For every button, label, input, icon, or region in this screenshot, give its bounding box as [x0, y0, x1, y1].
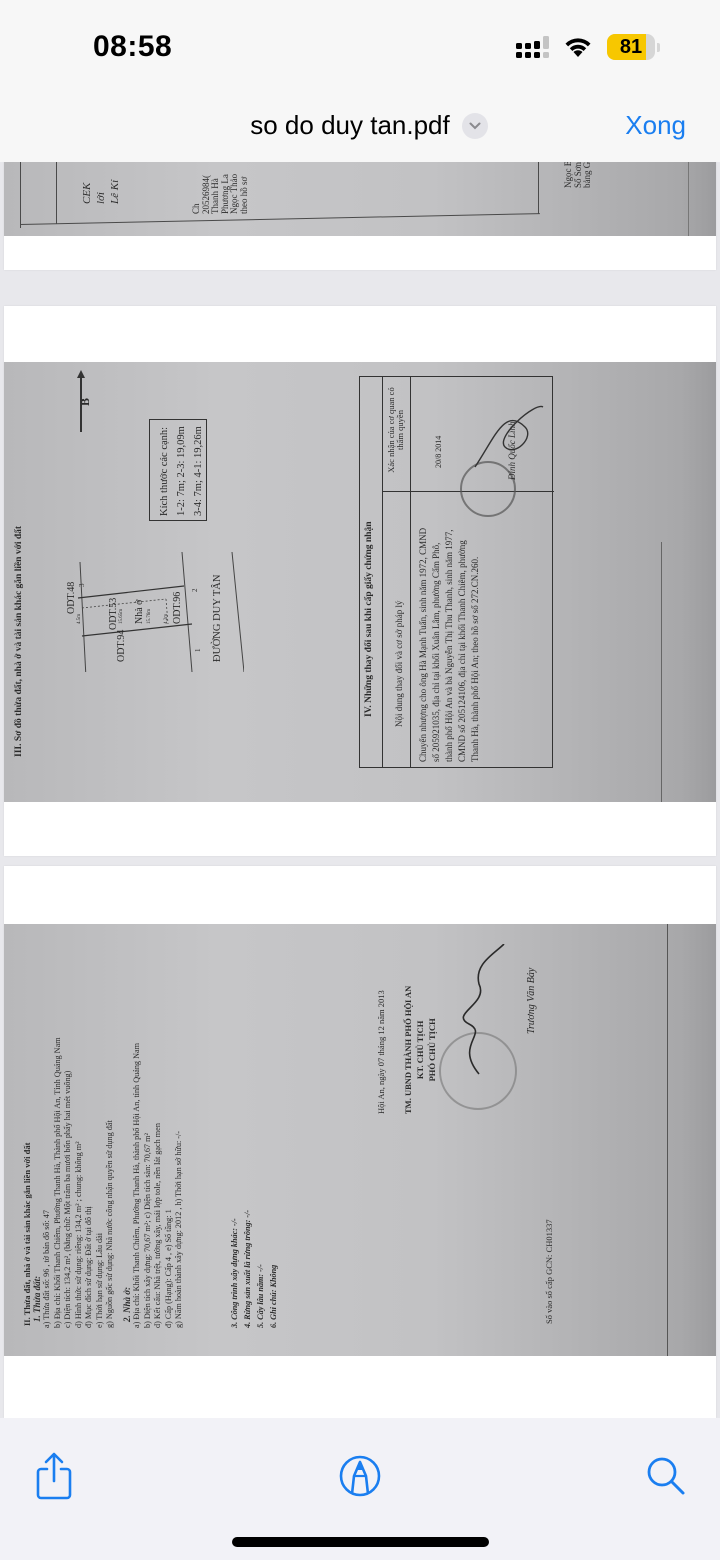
edges-dimensions-text: Kích thước các cạnh: 1-2: 7m; 2-3: 19,09…	[156, 426, 207, 516]
land-details: a) Thửa đất số: 96 , tờ bản đồ số: 47 b)…	[42, 1037, 116, 1328]
page1-text: lới	[94, 180, 108, 204]
scanned-image: III. Sơ đồ thửa đất, nhà ở và tài sản kh…	[4, 362, 716, 802]
section-iii-title: III. Sơ đồ thửa đất, nhà ở và tài sản kh…	[14, 526, 24, 757]
document-title[interactable]: so do duy tan.pdf	[250, 110, 449, 141]
signature	[465, 397, 545, 477]
dimension-label: 15.65m	[119, 609, 124, 624]
share-icon	[34, 1451, 74, 1501]
scanned-image: CEK lới Lê Kí Ch 20526984( Thanh Hà Phươ…	[4, 162, 716, 236]
house-label: Nhà ở	[134, 600, 145, 624]
pdf-document-scroll[interactable]: CEK lới Lê Kí Ch 20526984( Thanh Hà Phươ…	[0, 162, 720, 1418]
dimension-label: 15.76m	[147, 609, 152, 624]
issue-date: Hội An, ngày 07 tháng 12 năm 2013	[376, 990, 386, 1114]
status-icons: 81	[516, 34, 660, 60]
pdf-viewer-screen: 08:58 81 so do d	[0, 0, 720, 1560]
corner-label: 2	[191, 589, 199, 593]
section-ii-title: II. Thửa đất, nhà ở và tài sản khác gắn …	[22, 1143, 32, 1326]
pdf-page-1: CEK lới Lê Kí Ch 20526984( Thanh Hà Phươ…	[4, 162, 716, 270]
battery-icon: 81	[607, 34, 660, 60]
pdf-page-3: II. Thửa đất, nhà ở và tài sản khác gắn …	[4, 866, 716, 1418]
battery-percentage: 81	[607, 34, 655, 60]
road-label: ĐƯỜNG DUY TÂN	[212, 575, 223, 662]
page1-text: theo hồ sơ	[240, 174, 250, 214]
changes-content: Chuyển nhượng cho ông Hà Mạnh Tuấn, sinh…	[417, 528, 482, 762]
corner-label: 1	[194, 649, 202, 653]
other-assets: 3. Công trình xây dựng khác: -/- 4. Rừng…	[228, 1210, 280, 1328]
pdf-page-2: III. Sơ đồ thửa đất, nhà ở và tài sản kh…	[4, 306, 716, 856]
north-label: B	[78, 398, 93, 406]
signature	[449, 944, 509, 1084]
authority-block: TM. UBND THÀNH PHỐ HỘI AN KT. CHỦ TỊCH P…	[402, 986, 438, 1114]
neighbor-label: ODT.48	[66, 582, 77, 614]
dimension-label: 4.5m	[77, 614, 82, 624]
cellular-signal-icon	[516, 36, 549, 58]
dimension-label: 4.2m	[164, 614, 169, 624]
share-button[interactable]	[30, 1448, 78, 1504]
chevron-down-icon[interactable]	[462, 113, 488, 139]
changes-col1-header: Nội dung thay đổi và cơ sở pháp lý	[394, 600, 404, 727]
corner-label: 3	[78, 584, 86, 588]
change-signer: Đinh Quốc Lĩnh	[507, 422, 517, 481]
home-indicator[interactable]	[232, 1537, 489, 1547]
change-date: 20/8 2014	[434, 436, 443, 468]
registry-number: Số vào sổ cấp GCN: CH01337	[544, 1219, 554, 1324]
document-title-menu[interactable]: so do duy tan.pdf	[0, 110, 720, 141]
markup-button[interactable]	[336, 1448, 384, 1504]
neighbor-label: ODT.53	[108, 598, 119, 630]
search-button[interactable]	[642, 1448, 690, 1504]
changes-title: IV. Những thay đổi sau khi cấp giấy chứn…	[364, 522, 374, 718]
markup-pen-icon	[338, 1454, 382, 1498]
done-button[interactable]: Xong	[625, 110, 686, 141]
neighbor-label: ODT.94	[116, 630, 127, 662]
parcel-label: ODT.96	[172, 592, 183, 624]
signer-name: Trương Văn Bảy	[526, 968, 537, 1034]
wifi-icon	[563, 36, 593, 58]
status-time: 08:58	[93, 30, 172, 64]
scanned-image: II. Thửa đất, nhà ở và tài sản khác gắn …	[4, 924, 716, 1356]
search-icon	[646, 1456, 686, 1496]
page1-text: bảng Gi	[583, 162, 593, 188]
navigation-bar: so do duy tan.pdf Xong	[0, 90, 720, 162]
house-details: a) Địa chỉ: Khối Thanh Chiêm, Phường Tha…	[132, 1043, 185, 1328]
page1-text: CEK	[80, 180, 94, 204]
status-bar: 08:58 81	[0, 0, 720, 90]
land-title: 1. Thửa đất:	[32, 1276, 42, 1322]
changes-col2-header: Xác nhận của cơ quan có thẩm quyền	[387, 380, 405, 480]
house-title: 2. Nhà ở:	[122, 1287, 132, 1322]
page1-text: Lê Kí	[108, 180, 122, 204]
